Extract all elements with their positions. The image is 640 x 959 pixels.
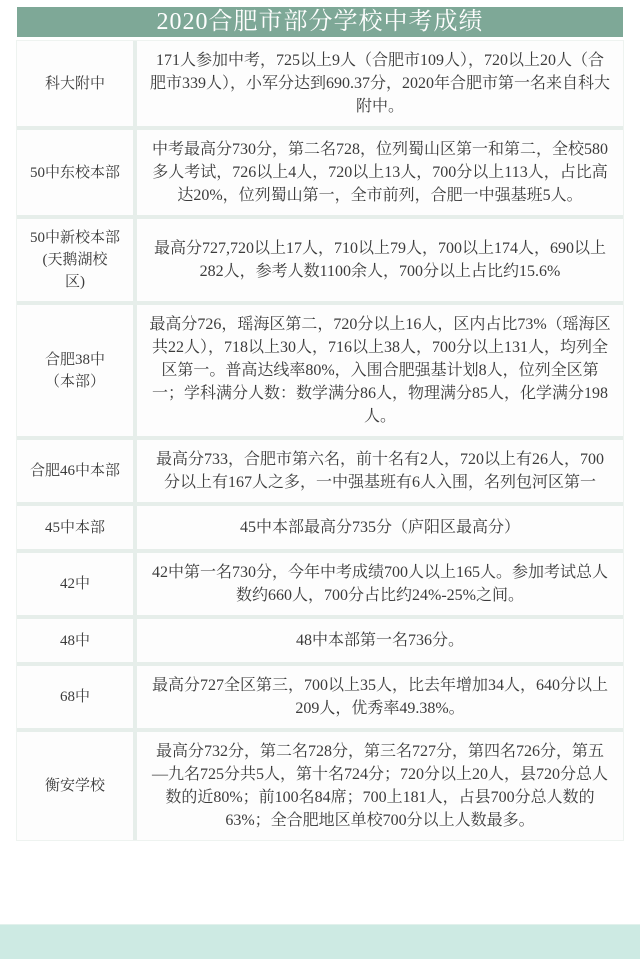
school-name-cell: 45中本部 [17,506,133,549]
school-result-cell: 最高分732分，第二名728分，第三名727分，第四名726分，第五—九名725… [137,732,623,840]
school-result-cell: 45中本部最高分735分（庐阳区最高分） [137,506,623,549]
school-result-cell: 171人参加中考，725以上9人（合肥市109人），720以上20人（合肥市33… [137,41,623,126]
school-result-cell: 最高分733，合肥市第六名，前十名有2人，720以上有26人，700分以上有16… [137,440,623,502]
table-row: 50中东校本部 中考最高分730分，第二名728，位列蜀山区第一和第二，全校58… [17,130,623,215]
exam-results-card: 2020合肥市部分学校中考成绩 科大附中 171人参加中考，725以上9人（合肥… [17,7,623,840]
school-result-cell: 中考最高分730分，第二名728，位列蜀山区第一和第二，全校580多人考试，72… [137,130,623,215]
school-name-cell: 科大附中 [17,41,133,126]
table-row: 68中 最高分727全区第三，700以上35人，比去年增加34人，640分以上2… [17,666,623,728]
table-row: 科大附中 171人参加中考，725以上9人（合肥市109人），720以上20人（… [17,41,623,126]
school-result-cell: 48中本部第一名736分。 [137,619,623,662]
table-row: 合肥38中 （本部） 最高分726，瑶海区第二，720分以上16人，区内占比73… [17,305,623,436]
school-name-cell: 衡安学校 [17,732,133,840]
school-name-cell: 50中东校本部 [17,130,133,215]
results-table-body: 科大附中 171人参加中考，725以上9人（合肥市109人），720以上20人（… [17,41,623,840]
school-name-cell: 50中新校本部 (天鹅湖校 区) [17,219,133,301]
table-row: 42中 42中第一名730分，今年中考成绩700人以上165人。参加考试总人数约… [17,553,623,615]
page: 2020合肥市部分学校中考成绩 科大附中 171人参加中考，725以上9人（合肥… [0,0,640,959]
table-row: 45中本部 45中本部最高分735分（庐阳区最高分） [17,506,623,549]
school-name-cell: 48中 [17,619,133,662]
school-name-cell: 42中 [17,553,133,615]
school-name-cell: 合肥38中 （本部） [17,305,133,436]
table-row: 50中新校本部 (天鹅湖校 区) 最高分727,720以上17人，710以上79… [17,219,623,301]
table-row: 48中 48中本部第一名736分。 [17,619,623,662]
school-name-cell: 合肥46中本部 [17,440,133,502]
table-row: 合肥46中本部 最高分733，合肥市第六名，前十名有2人，720以上有26人，7… [17,440,623,502]
table-row: 衡安学校 最高分732分，第二名728分，第三名727分，第四名726分，第五—… [17,732,623,840]
school-result-cell: 最高分727,720以上17人，710以上79人，700以上174人，690以上… [137,219,623,301]
school-name-cell: 68中 [17,666,133,728]
table-title: 2020合肥市部分学校中考成绩 [17,7,623,37]
footer-band [0,924,640,959]
school-result-cell: 42中第一名730分，今年中考成绩700人以上165人。参加考试总人数约660人… [137,553,623,615]
school-result-cell: 最高分726，瑶海区第二，720分以上16人，区内占比73%（瑶海区共22人），… [137,305,623,436]
school-result-cell: 最高分727全区第三，700以上35人，比去年增加34人，640分以上209人，… [137,666,623,728]
